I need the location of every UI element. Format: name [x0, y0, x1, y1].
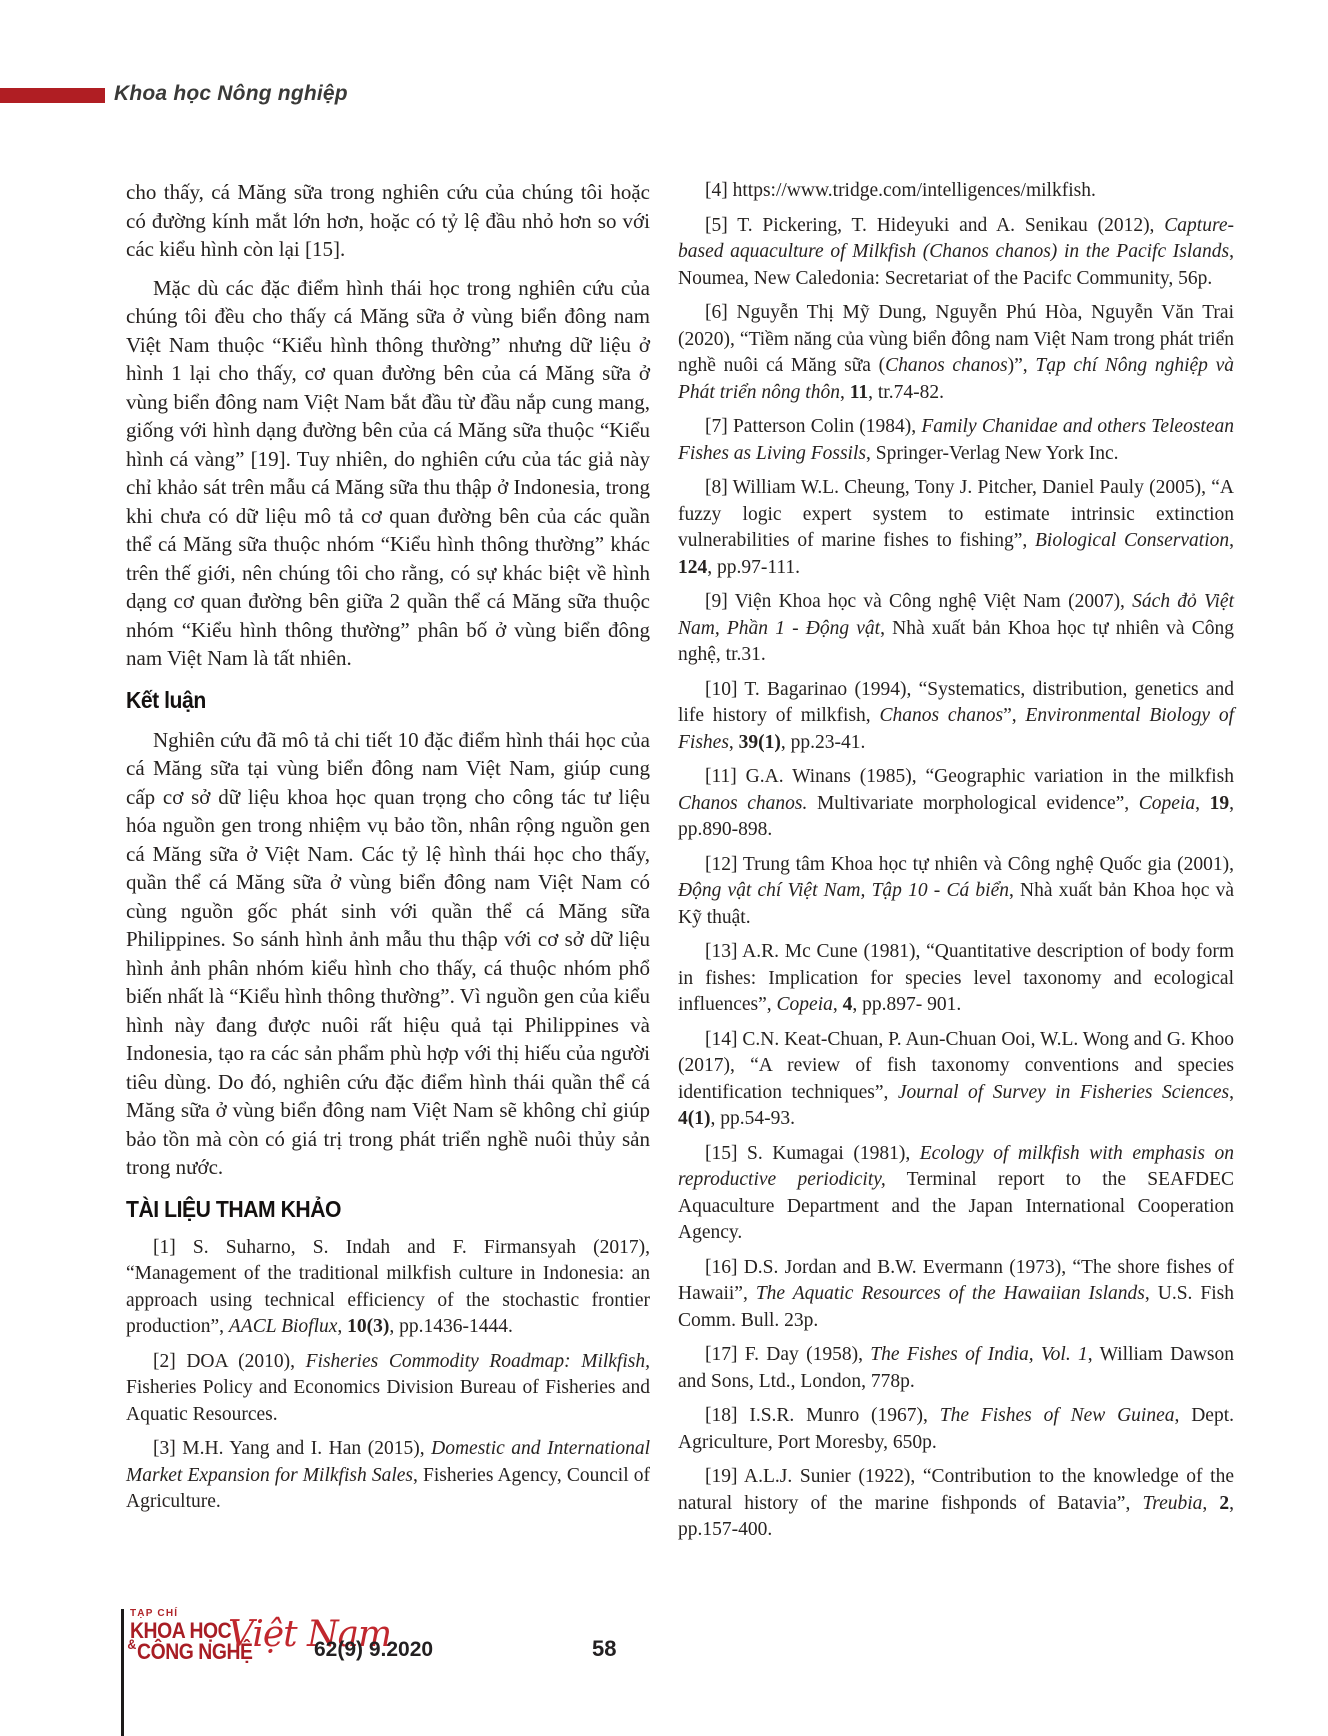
article-body: cho thấy, cá Măng sữa trong nghiên cứu c… — [126, 178, 1234, 1552]
reference-item: [12] Trung tâm Khoa học tự nhiên và Công… — [678, 852, 1234, 932]
right-column: [4] https://www.tridge.com/intelligences… — [678, 178, 1234, 1552]
reference-item: [4] https://www.tridge.com/intelligences… — [678, 178, 1234, 205]
reference-item: [3] M.H. Yang and I. Han (2015), Domesti… — [126, 1436, 650, 1516]
discussion-paragraph: Mặc dù các đặc điểm hình thái học trong … — [126, 274, 650, 673]
page-number: 58 — [592, 1636, 616, 1662]
reference-item: [18] I.S.R. Munro (1967), The Fishes of … — [678, 1403, 1234, 1456]
category-accent-bar — [0, 88, 105, 103]
issue-label: 62(9) 9.2020 — [314, 1638, 433, 1662]
ampersand-glyph: & — [127, 1634, 135, 1655]
reference-item: [17] F. Day (1958), The Fishes of India,… — [678, 1342, 1234, 1395]
reference-item: [13] A.R. Mc Cune (1981), “Quantitative … — [678, 939, 1234, 1019]
conclusion-paragraph: Nghiên cứu đã mô tả chi tiết 10 đặc điểm… — [126, 726, 650, 1182]
reference-item: [1] S. Suharno, S. Indah and F. Firmansy… — [126, 1235, 650, 1341]
reference-list-right: [4] https://www.tridge.com/intelligences… — [678, 178, 1234, 1544]
reference-item: [10] T. Bagarinao (1994), “Systematics, … — [678, 677, 1234, 757]
reference-item: [16] D.S. Jordan and B.W. Evermann (1973… — [678, 1255, 1234, 1335]
journal-page: Khoa học Nông nghiệp cho thấy, cá Măng s… — [0, 0, 1328, 1736]
continuation-paragraph: cho thấy, cá Măng sữa trong nghiên cứu c… — [126, 178, 650, 264]
left-column: cho thấy, cá Măng sữa trong nghiên cứu c… — [126, 178, 650, 1552]
reference-item: [9] Viện Khoa học và Công nghệ Việt Nam … — [678, 589, 1234, 669]
reference-item: [5] T. Pickering, T. Hideyuki and A. Sen… — [678, 213, 1234, 293]
reference-item: [11] G.A. Winans (1985), “Geographic var… — [678, 764, 1234, 844]
reference-item: [8] William W.L. Cheung, Tony J. Pitcher… — [678, 475, 1234, 581]
reference-item: [15] S. Kumagai (1981), Ecology of milkf… — [678, 1141, 1234, 1247]
reference-item: [6] Nguyễn Thị Mỹ Dung, Nguyễn Phú Hòa, … — [678, 300, 1234, 406]
reference-list-left: [1] S. Suharno, S. Indah and F. Firmansy… — [126, 1235, 650, 1516]
conclusion-heading: Kết luận — [126, 687, 608, 714]
reference-item: [7] Patterson Colin (1984), Family Chani… — [678, 414, 1234, 467]
references-heading: TÀI LIỆU THAM KHẢO — [126, 1196, 608, 1223]
reference-item: [19] A.L.J. Sunier (1922), “Contribution… — [678, 1464, 1234, 1544]
footer-vertical-rule — [121, 1609, 124, 1736]
reference-item: [2] DOA (2010), Fisheries Commodity Road… — [126, 1349, 650, 1429]
category-label: Khoa học Nông nghiệp — [114, 82, 348, 106]
reference-item: [14] C.N. Keat-Chuan, P. Aun-Chuan Ooi, … — [678, 1027, 1234, 1133]
